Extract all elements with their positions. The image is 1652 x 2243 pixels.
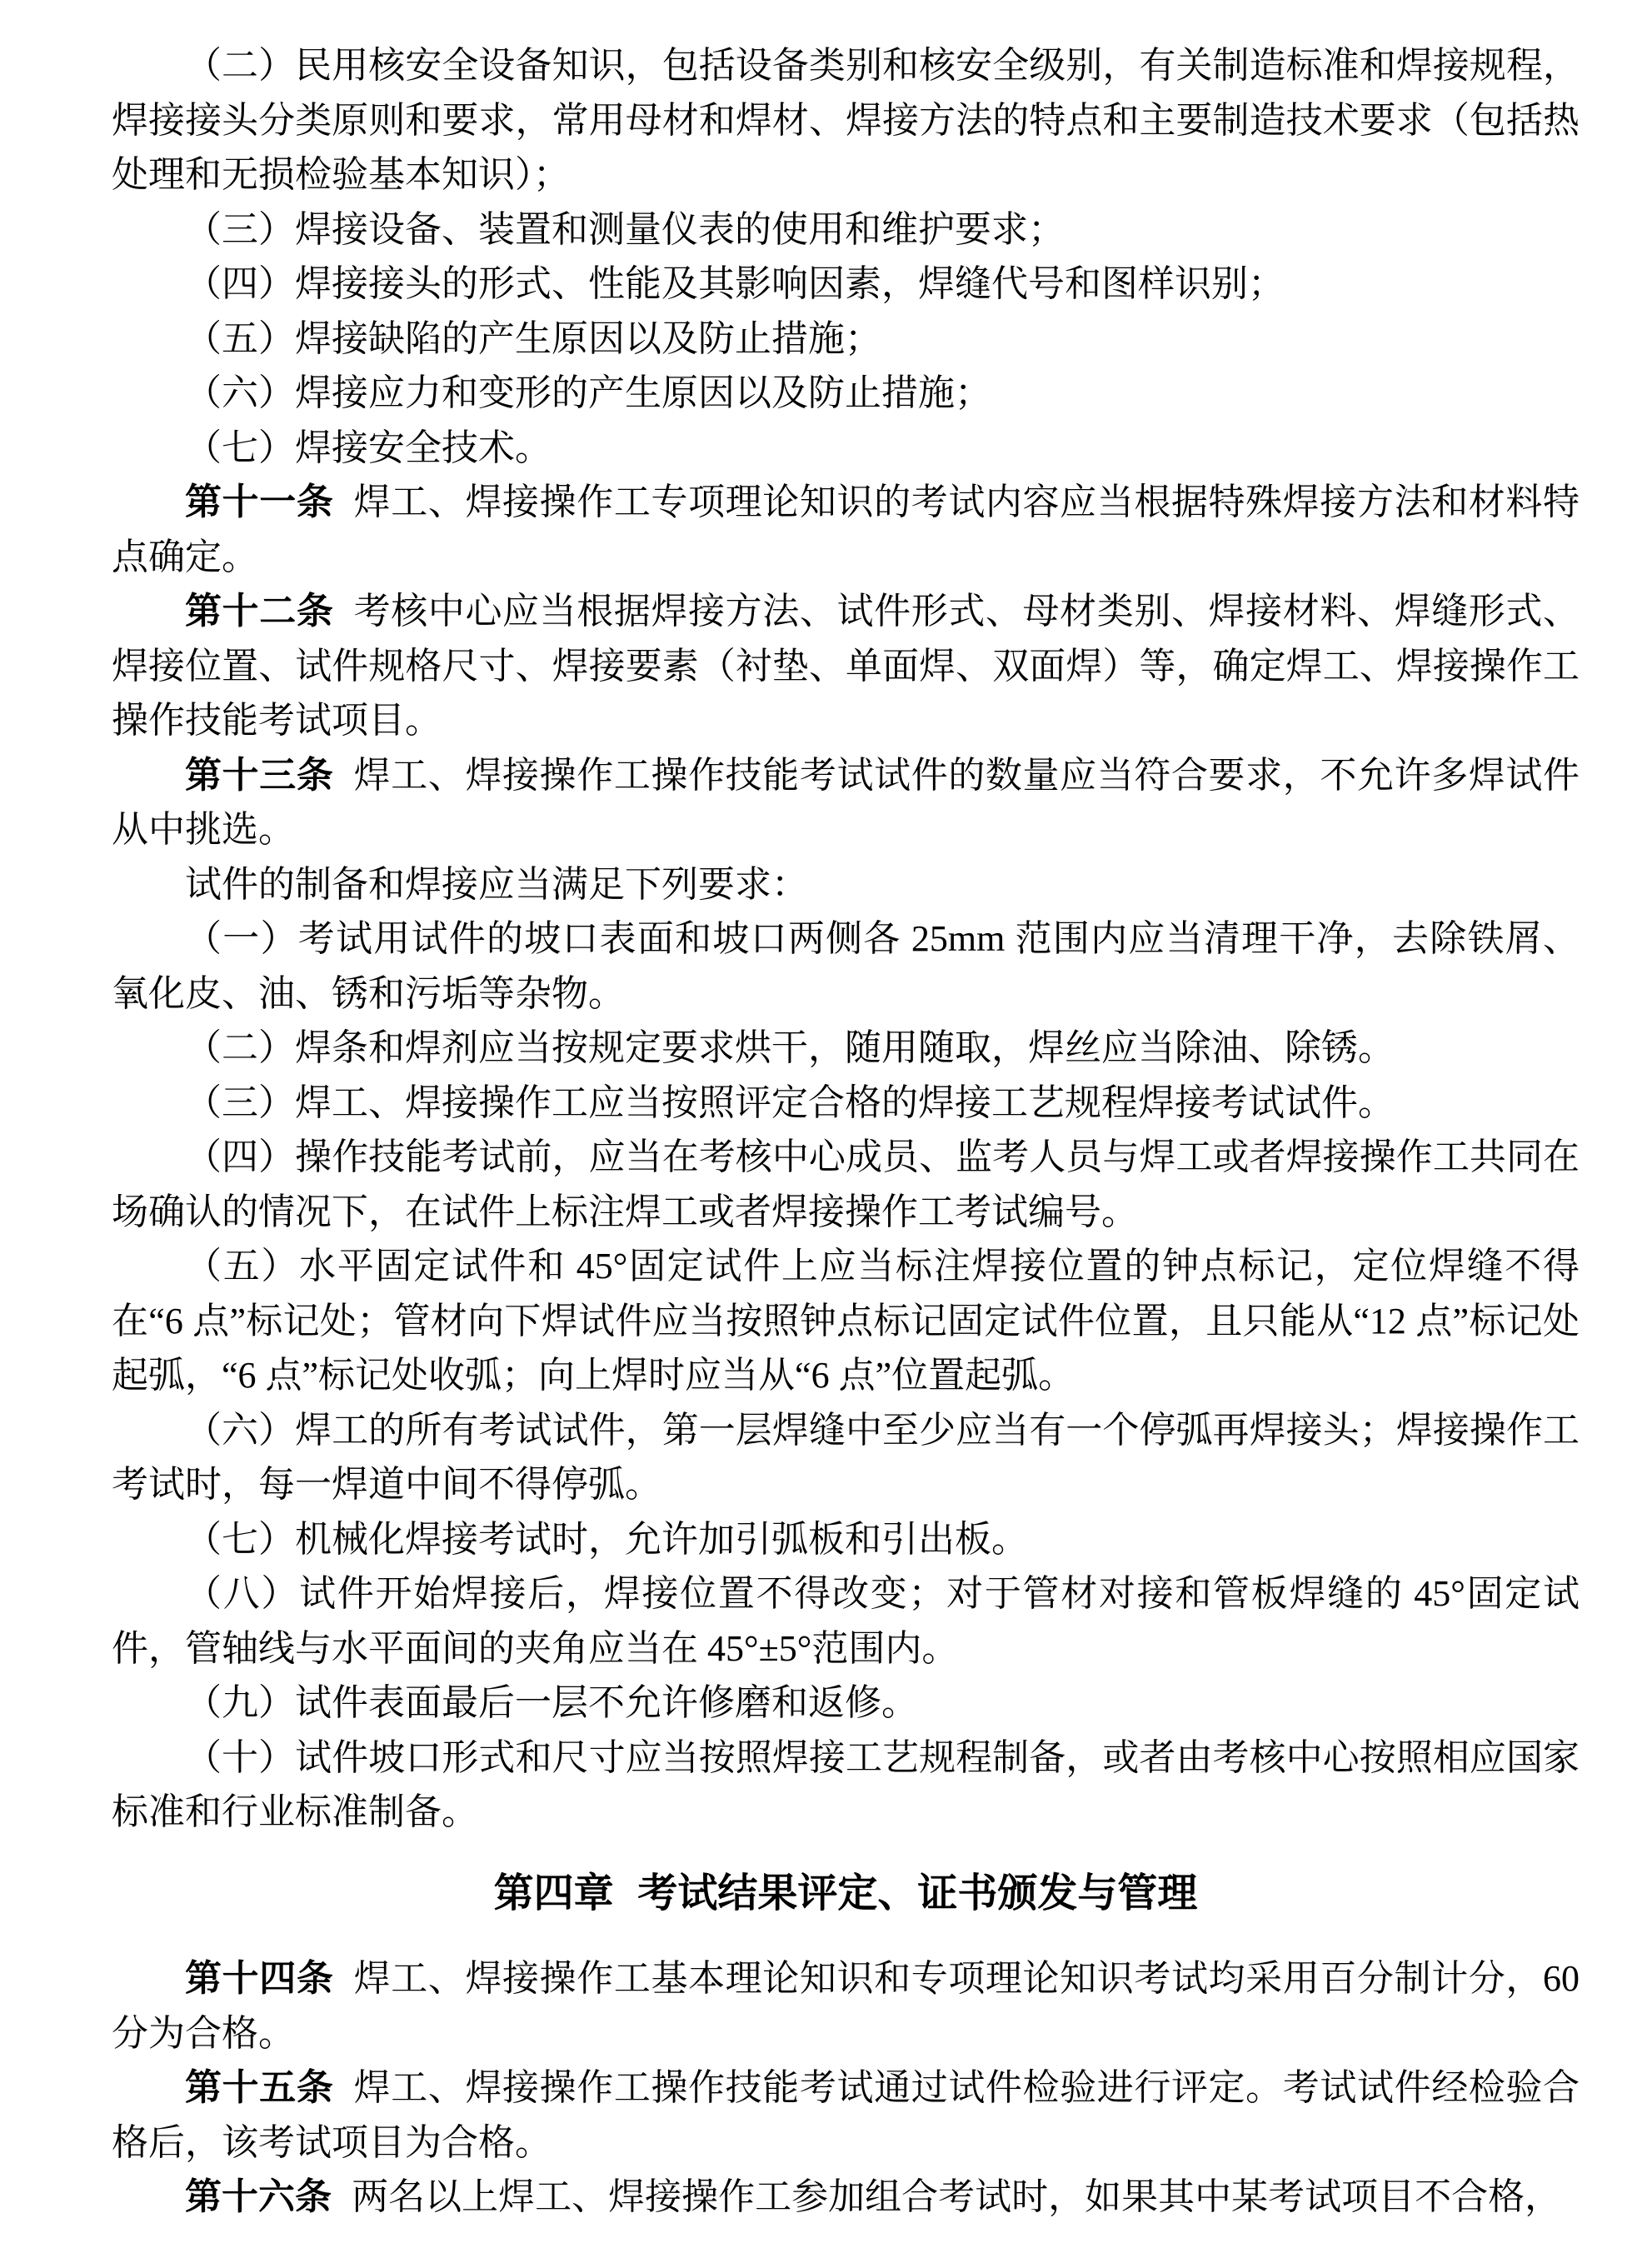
body-paragraph: 第十二条考核中心应当根据焊接方法、试件形式、母材类别、焊接材料、焊缝形式、焊接位… [112,584,1580,748]
body-paragraph: 试件的制备和焊接应当满足下列要求： [112,857,1580,912]
chapter-title: 考试结果评定、证书颁发与管理 [637,1871,1197,1916]
document-body: （二）民用核安全设备知识，包括设备类别和核安全级别，有关制造标准和焊接规程，焊接… [112,38,1580,2225]
body-paragraph: （五）焊接缺陷的产生原因以及防止措施； [112,312,1580,367]
article-number: 第十四条 [185,1958,333,1999]
paragraph-text: （七）焊接安全技术。 [185,427,551,468]
chapter-heading: 第四章考试结果评定、证书颁发与管理 [112,1866,1580,1921]
body-paragraph: 第十三条焊工、焊接操作工操作技能考试试件的数量应当符合要求，不允许多焊试件从中挑… [112,748,1580,857]
body-paragraph: （七）机械化焊接考试时，允许加引弧板和引出板。 [112,1512,1580,1567]
article-number: 第十二条 [185,591,333,632]
paragraph-text: （六）焊接应力和变形的产生原因以及防止措施； [185,372,991,413]
body-paragraph: （三）焊接设备、装置和测量仪表的使用和维护要求； [112,202,1580,257]
article-number: 第十一条 [185,482,333,522]
paragraph-text: （五）焊接缺陷的产生原因以及防止措施； [185,318,881,359]
paragraph-text: 试件的制备和焊接应当满足下列要求： [185,864,808,905]
document-page: （二）民用核安全设备知识，包括设备类别和核安全级别，有关制造标准和焊接规程，焊接… [0,0,1652,2243]
paragraph-text: （四）焊接接头的形式、性能及其影响因素，焊缝代号和图样识别； [185,263,1285,304]
body-paragraph: （二）民用核安全设备知识，包括设备类别和核安全级别，有关制造标准和焊接规程，焊接… [112,38,1580,202]
body-paragraph: （七）焊接安全技术。 [112,421,1580,476]
paragraph-text: （二）焊条和焊剂应当按规定要求烘干，随用随取，焊丝应当除油、除锈。 [185,1027,1395,1068]
body-paragraph: （四）焊接接头的形式、性能及其影响因素，焊缝代号和图样识别； [112,257,1580,312]
paragraph-text: （十）试件坡口形式和尺寸应当按照焊接工艺规程制备，或者由考核中心按照相应国家标准… [112,1737,1580,1833]
paragraph-text: （三）焊工、焊接操作工应当按照评定合格的焊接工艺规程焊接考试试件。 [185,1082,1395,1123]
article-number: 第十六条 [185,2176,332,2217]
body-paragraph: （六）焊工的所有考试试件，第一层焊缝中至少应当有一个停弧再焊接头；焊接操作工考试… [112,1403,1580,1512]
body-paragraph: （五）水平固定试件和 45°固定试件上应当标注焊接位置的钟点标记，定位焊缝不得在… [112,1239,1580,1403]
paragraph-text: （八）试件开始焊接后，焊接位置不得改变；对于管材对接和管板焊缝的 45°固定试件… [112,1573,1580,1669]
body-paragraph: 第十一条焊工、焊接操作工专项理论知识的考试内容应当根据特殊焊接方法和材料特点确定… [112,475,1580,584]
article-number: 第十五条 [185,2067,333,2108]
body-paragraph: （十）试件坡口形式和尺寸应当按照焊接工艺规程制备，或者由考核中心按照相应国家标准… [112,1731,1580,1840]
body-paragraph: （八）试件开始焊接后，焊接位置不得改变；对于管材对接和管板焊缝的 45°固定试件… [112,1566,1580,1676]
article-number: 第十三条 [185,755,333,796]
paragraph-text: （三）焊接设备、装置和测量仪表的使用和维护要求； [185,209,1065,250]
paragraph-text: 两名以上焊工、焊接操作工参加组合考试时，如果其中某考试项目不合格， [352,2176,1561,2217]
body-paragraph: （六）焊接应力和变形的产生原因以及防止措施； [112,366,1580,421]
body-paragraph: 第十六条两名以上焊工、焊接操作工参加组合考试时，如果其中某考试项目不合格， [112,2170,1580,2225]
body-paragraph: （九）试件表面最后一层不允许修磨和返修。 [112,1676,1580,1731]
body-paragraph: （一）考试用试件的坡口表面和坡口两侧各 25mm 范围内应当清理干净，去除铁屑、… [112,912,1580,1021]
paragraph-text: （二）民用核安全设备知识，包括设备类别和核安全级别，有关制造标准和焊接规程，焊接… [112,45,1580,195]
paragraph-text: （六）焊工的所有考试试件，第一层焊缝中至少应当有一个停弧再焊接头；焊接操作工考试… [112,1410,1580,1506]
body-paragraph: 第十四条焊工、焊接操作工基本理论知识和专项理论知识考试均采用百分制计分，60分为… [112,1951,1580,2061]
body-paragraph: （三）焊工、焊接操作工应当按照评定合格的焊接工艺规程焊接考试试件。 [112,1076,1580,1131]
chapter-number: 第四章 [494,1871,614,1916]
paragraph-text: （七）机械化焊接考试时，允许加引弧板和引出板。 [185,1519,1028,1560]
body-paragraph: 第十五条焊工、焊接操作工操作技能考试通过试件检验进行评定。考试试件经检验合格后，… [112,2061,1580,2170]
body-paragraph: （二）焊条和焊剂应当按规定要求烘干，随用随取，焊丝应当除油、除锈。 [112,1021,1580,1076]
paragraph-text: （五）水平固定试件和 45°固定试件上应当标注焊接位置的钟点标记，定位焊缝不得在… [112,1246,1580,1396]
paragraph-text: （一）考试用试件的坡口表面和坡口两侧各 25mm 范围内应当清理干净，去除铁屑、… [112,918,1580,1014]
body-paragraph: （四）操作技能考试前，应当在考核中心成员、监考人员与焊工或者焊接操作工共同在场确… [112,1130,1580,1239]
paragraph-text: （九）试件表面最后一层不允许修磨和返修。 [185,1682,918,1723]
paragraph-text: （四）操作技能考试前，应当在考核中心成员、监考人员与焊工或者焊接操作工共同在场确… [112,1136,1580,1232]
